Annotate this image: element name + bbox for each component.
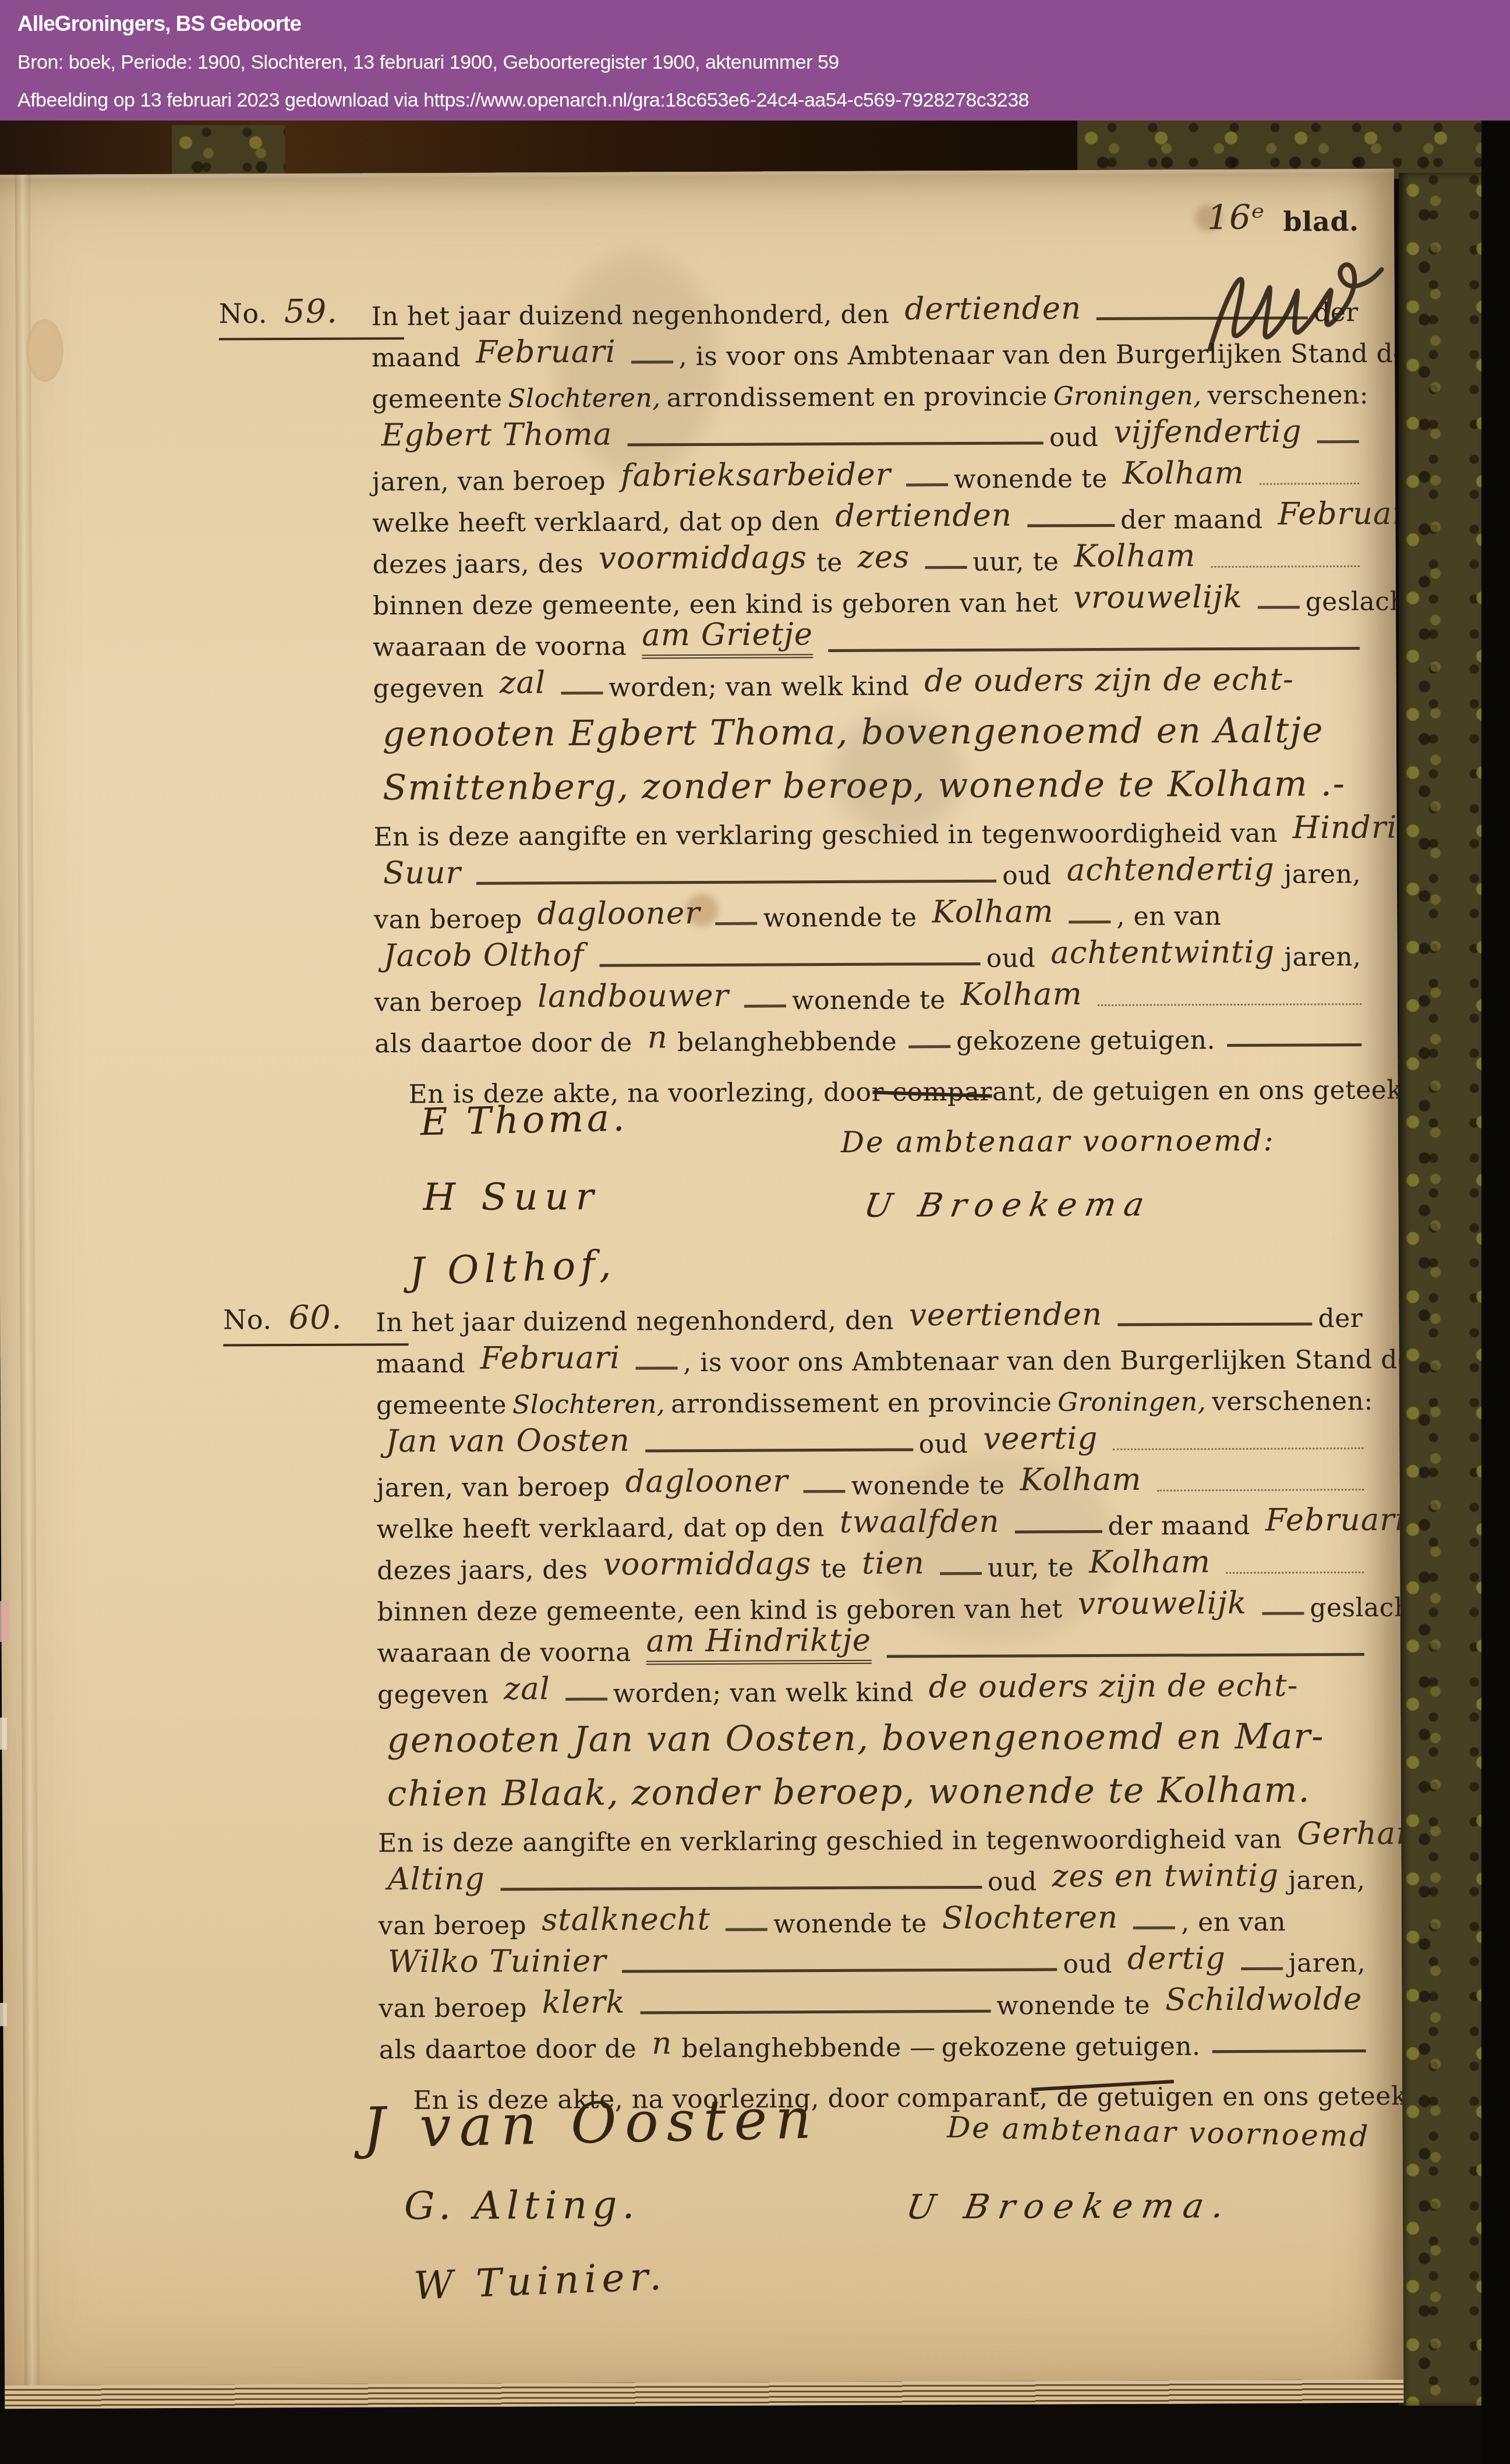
handwritten-entry: Gerhard [1297,1816,1403,1852]
handwritten-entry: zes [857,539,910,575]
printed-text: wonende te [792,985,946,1015]
handwritten-entry: daglooner [537,895,700,932]
handwritten-entry: Wilko Tuinier [388,1943,607,1980]
marbled-cover-right-strip [1399,173,1481,2406]
document-line: En is deze aangifte en verklaring geschi… [373,809,1366,854]
handwritten-entry: Jan van Oosten [386,1423,630,1460]
blank-line-rule [726,1928,768,1931]
screenshot-root: AlleGroningers, BS Geboorte Bron: boek, … [0,0,1510,2464]
document-line: gemeenteSlochteren,arrondissement en pro… [372,371,1364,416]
printed-text: der maand [1108,1511,1250,1541]
document-line: chien Blaak, zonder beroep, wonende te K… [378,1761,1371,1819]
printed-text: verschenen: [1212,1386,1373,1417]
handwritten-entry: Kolham [960,976,1082,1012]
dark-background-right [1481,121,1510,2464]
official-signature: U Broekema [861,1186,1155,1225]
blank-line-rule [1027,524,1115,528]
printed-text: wonende te [851,1471,1005,1501]
blank-line-rule [622,1968,1058,1973]
document-line: genooten Jan van Oosten, bovengenoemd en… [377,1708,1370,1765]
handwritten-entry: voormiddags [599,540,807,576]
handwritten-entry: Februari [1278,496,1403,532]
handwritten-entry: Kolham [1123,455,1244,491]
handwritten-entry: vrouwelijk [1073,579,1243,615]
printed-text: der [1318,1304,1363,1333]
printed-text: verschenen: [1207,380,1368,410]
printed-text: worden; van welk kind [609,671,909,702]
signature-declarant: J van Oosten [362,2086,820,2161]
printed-text: belanghebbende — [681,2033,936,2063]
handwritten-entry: Egbert Thoma [381,417,612,454]
handwritten-entry: veertienden [909,1297,1102,1333]
printed-text: Slochteren, [508,383,661,413]
printed-text: , en van [1181,1907,1286,1938]
blank-line-rule [744,1004,786,1007]
document-line: gegevenzalworden; van welk kindde ouders… [377,1666,1370,1712]
printed-text: waaraan de voorna [373,632,627,663]
handwritten-entry: Kolham [1020,1462,1141,1498]
printed-text: der [1314,298,1359,327]
printed-text: dezes jaars, des [372,549,584,580]
blank-line-rule [828,647,1360,652]
printed-text: van beroep [379,1993,527,2023]
printed-text: arrondissement en provincie [671,1387,1052,1419]
printed-text: uur, te [988,1553,1074,1583]
blank-line-rule [1211,565,1359,568]
blank-line-rule [635,1366,677,1369]
document-line: In het jaar duizend negenhonderd, denvee… [376,1294,1368,1340]
bookmark-tab [0,2003,7,2026]
printed-text: gegeven [377,1680,489,1710]
printed-text: jaren, [1288,1865,1366,1896]
blank-line-rule [565,1698,607,1701]
handwritten-entry: am Hindriktje [646,1623,872,1665]
blank-line-rule [561,692,603,695]
printed-text: , en van [1116,901,1221,932]
handwritten-entry: Smittenberg, zonder beroep, wonende te K… [383,763,1346,808]
record-number: No. 60. [223,1298,408,1346]
blank-line-rule [1262,1612,1304,1615]
document-line: dezes jaars, desvoormiddagstezesuur, teK… [372,536,1365,582]
blank-line-rule [1015,1530,1102,1534]
printed-text: als daartoe door de [379,2034,637,2065]
blank-line-rule [716,922,758,925]
handwritten-entry: vrouwelijk [1077,1585,1247,1622]
blank-line-rule [1212,2049,1366,2053]
register-page: 16ᵉ blad. No. 59. In het jaar duizend ne… [0,169,1403,2409]
printed-text: te [816,548,843,578]
record-number: No. 59. [219,292,404,340]
page-number-block: 16ᵉ blad. [1198,199,1365,239]
document-line: binnen deze gemeente, een kind is gebore… [373,578,1366,623]
handwritten-entry: Slochteren [942,1900,1119,1936]
document-line: jaren, van beroepdagloonerwonende teKolh… [376,1460,1369,1505]
banner-source-line: Bron: boek, Periode: 1900, Slochteren, 1… [17,51,1510,74]
printed-text: welke heeft verklaard, dat op den [377,1513,825,1544]
blank-line-rule [1097,316,1308,320]
banner-download-url: Afbeelding op 13 februari 2023 gedownloa… [17,89,1510,112]
blank-line-rule [908,1045,950,1048]
document-line: van beroepstalknechtwonende teSlochteren… [379,1897,1371,1943]
printed-text: binnen deze gemeente, een kind is gebore… [377,1594,1062,1627]
blank-line-rule [476,880,996,885]
printed-text: oud [1002,861,1052,890]
official-signature: U Broekema. [903,2186,1236,2226]
record-number-value: 60. [288,1299,342,1337]
handwritten-entry: voormiddags [603,1546,811,1583]
printed-text: dezes jaars, des [377,1555,588,1586]
handwritten-entry: dertig [1127,1941,1226,1977]
printed-text: gemeente [376,1390,507,1420]
document-line: waaraan de voornaam Hindriktje [377,1625,1370,1670]
handwritten-entry: dertienden [904,291,1081,327]
paper-repair-spot [26,319,63,382]
blank-line-rule [1227,1043,1362,1047]
printed-text: gemeente [372,384,502,414]
blank-line-rule [1069,921,1111,923]
printed-text: Groningen, [1058,1387,1206,1417]
printed-text: geslacht, [1310,1593,1403,1623]
blad-number-handwritten: 16ᵉ [1207,197,1265,237]
birth-record-60: No. 60. In het jaar duizend negenhonderd… [376,1294,1372,2118]
handwritten-entry: stalknecht [542,1902,710,1938]
printed-text: welke heeft verklaard, dat op den [372,507,820,538]
blank-line-rule [925,566,967,569]
document-line: In het jaar duizend negenhonderd, dender… [372,288,1364,334]
printed-text: wonende te [996,1991,1150,2021]
handwritten-entry: Jacob Olthof [383,937,584,974]
printed-text: waaraan de voorna [377,1638,631,1669]
handwritten-entry: achtendertig [1066,852,1274,888]
record-number-label: No. [223,1304,272,1335]
record-text-body: In het jaar duizend negenhonderd, dender… [372,288,1368,1111]
printed-text: Slochteren, [512,1389,666,1419]
official-title-handwritten: De ambtenaar voornoemd [947,2111,1370,2154]
printed-text: , is voor ons Ambtenaar van den Burgerli… [679,339,1404,372]
handwritten-entry: zal [499,665,546,700]
printed-text: geslacht, [1306,587,1404,617]
record-text-body: In het jaar duizend negenhonderd, denvee… [376,1294,1372,2118]
handwritten-entry: daglooner [625,1463,788,1499]
printed-text: van beroep [374,987,523,1017]
blank-line-rule [1260,483,1359,485]
signature-witness-2: J Olthof, [408,1241,617,1294]
blank-line-rule [1317,440,1359,443]
document-line: genooten Egbert Thoma, bovengenoemd en A… [373,702,1366,759]
register-book-photo: 16ᵉ blad. No. 59. In het jaar duizend ne… [0,121,1510,2464]
blank-line-rule [804,1490,846,1493]
document-line: gegevenzalworden; van welk kindde ouders… [373,660,1366,706]
document-line: Altingoudzes en twintigjaren, [378,1856,1371,1902]
printed-text: maand [376,1349,465,1379]
handwritten-entry: veertig [983,1421,1098,1457]
handwritten-entry: Hindrik [1293,810,1404,846]
document-line: van beroeplandbouwerwonende teKolham [374,974,1367,1019]
document-line: dezes jaars, desvoormiddagstetienuur, te… [377,1542,1370,1588]
printed-text: jaren, [1284,942,1362,972]
handwritten-entry: Kolham [1089,1544,1211,1580]
page-stack-edges [5,2380,1403,2409]
blank-line-rule [627,441,1044,446]
document-line: Suuroudachtendertigjaren, [374,850,1367,895]
handwritten-entry: fabrieksarbeider [621,457,891,494]
handwritten-entry: zal [504,1671,550,1707]
blank-line-rule [1133,1926,1175,1929]
handwritten-entry: Kolham [932,894,1053,930]
printed-text: oud [1049,423,1099,452]
document-line: van beroepdagloonerwonende teKolham, en … [374,891,1367,937]
printed-text: wonende te [954,464,1108,494]
printed-text: oud [986,943,1035,973]
printed-text: gegeven [373,674,484,704]
document-line: gemeenteSlochteren,arrondissement en pro… [376,1377,1369,1422]
banner-title: AlleGroningers, BS Geboorte [17,12,1510,36]
blank-line-rule [1157,1489,1363,1492]
blank-line-rule [500,1886,982,1891]
handwritten-entry: vijfendertig [1113,413,1302,449]
blank-line-rule [1113,1447,1363,1450]
document-line: maandFebruari, is voor ons Ambtenaar van… [376,1336,1368,1381]
blank-line-rule [1241,1967,1283,1970]
printed-text: van beroep [379,1910,527,1941]
blank-line-rule [1098,1003,1362,1006]
handwritten-entry: n [648,1019,668,1055]
handwritten-entry: landbouwer [537,978,729,1014]
signature-block: J van Oosten G. Alting. W Tuinier. De am… [379,2093,1373,2371]
page-gutter-edge [15,175,40,2409]
document-line: welke heeft verklaard, dat op dendertien… [372,495,1365,540]
handwritten-entry: zes en twintig [1052,1858,1279,1895]
handwritten-entry: Kolham [1074,538,1196,574]
handwritten-entry: Februari [476,334,616,370]
bookmark-tab [0,1718,7,1750]
record-number-label: No. [219,298,268,329]
document-line: welke heeft verklaard, dat op dentwaalfd… [377,1501,1370,1546]
printed-text: jaren, van beroep [376,1472,610,1503]
handwritten-entry: Februari [480,1340,621,1376]
document-line: als daartoe door denbelanghebbendegekoze… [374,1015,1367,1061]
signature-witness-1: G. Alting. [404,2182,640,2228]
handwritten-entry: am Grietje [642,617,813,659]
handwritten-entry: Suur [383,855,461,891]
blank-line-rule [645,1448,913,1452]
printed-text: gekozene getuigen. [956,1025,1215,1056]
printed-text: , is voor ons Ambtenaar van den Burgerli… [683,1345,1403,1378]
blank-line-rule [1226,1571,1364,1574]
printed-text: van beroep [374,904,522,934]
printed-text: oud [919,1429,968,1459]
handwritten-entry: Februari [1265,1502,1404,1538]
printed-text: jaren, van beroep [372,466,606,497]
document-line: Wilko Tuinierouddertigjaren, [379,1939,1371,1984]
printed-text: En is deze aangifte en verklaring geschi… [378,1825,1282,1858]
blank-line-rule [599,962,981,967]
handwritten-entry: twaalfden [840,1504,1000,1540]
bookmark-tab [0,1601,9,1642]
handwritten-entry: genooten Jan van Oosten, bovengenoemd en… [387,1716,1324,1761]
printed-text: jaren, [1284,859,1362,890]
printed-text: belanghebbende [677,1027,897,1058]
signature-declarant: E Thoma. [420,1096,628,1144]
handwritten-entry: de ouders zijn de echt- [924,662,1294,699]
printed-text: oud [1063,1949,1112,1979]
document-line: van beroepklerkwonende teSchildwolde [379,1980,1371,2026]
official-title-handwritten: De ambtenaar voornoemd: [841,1124,1275,1159]
document-line: waaraan de voornaam Grietje [373,619,1366,664]
blank-line-rule [641,2010,991,2015]
printed-text: maand [372,343,461,373]
signature-witness-1: H Suur [423,1176,600,1219]
blank-line-rule [1258,606,1300,608]
printed-text: te [821,1554,847,1584]
handwritten-entry: klerk [542,1985,625,2021]
printed-text: En is deze aangifte en verklaring geschi… [373,819,1277,852]
handwritten-entry: de ouders zijn de echt- [929,1668,1299,1705]
printed-text: gekozene getuigen. [942,2031,1201,2062]
blank-line-rule [906,483,948,486]
printed-text: Groningen, [1053,381,1202,411]
printed-text: wonende te [773,1909,927,1939]
marbled-cover-patch [172,125,285,179]
document-line: binnen deze gemeente, een kind is gebore… [377,1584,1370,1629]
printed-text: als daartoe door de [374,1028,632,1058]
signature-witness-2: W Tuinier. [413,2254,667,2309]
document-line: En is deze aangifte en verklaring geschi… [378,1815,1371,1860]
document-line: als daartoe door denbelanghebbende —geko… [379,2022,1372,2067]
printed-text: uur, te [973,547,1059,577]
blank-line-rule [631,360,673,363]
blad-label-printed: blad. [1283,206,1359,238]
document-line: Jan van Oostenoudveertig [376,1418,1369,1464]
metadata-banner: AlleGroningers, BS Geboorte Bron: boek, … [0,0,1510,121]
document-line: jaren, van beroepfabrieksarbeiderwonende… [372,454,1365,499]
handwritten-entry: n [652,2026,672,2061]
birth-record-59: No. 59. In het jaar duizend negenhonderd… [372,288,1368,1111]
handwritten-entry: Alting [387,1861,485,1897]
handwritten-entry: genooten Egbert Thoma, bovengenoemd en A… [383,710,1324,755]
blank-line-rule [886,1653,1364,1658]
printed-text: In het jaar duizend negenhonderd, den [376,1306,894,1338]
blank-line-rule [940,1572,982,1575]
printed-text: binnen deze gemeente, een kind is gebore… [373,588,1058,621]
printed-text: arrondissement en provincie [667,381,1048,413]
document-line: Jacob Olthofoudachtentwintigjaren, [374,933,1367,978]
printed-text: worden; van welk kind [613,1677,914,1708]
blank-line-rule [1118,1322,1312,1326]
document-line: Egbert Thomaoudvijfendertig [372,412,1364,458]
printed-text: In het jaar duizend negenhonderd, den [372,300,890,332]
document-line: maandFebruari, is voor ons Ambtenaar van… [372,330,1364,375]
handwritten-entry: tien [862,1545,925,1581]
handwritten-entry: Schildwolde [1165,1981,1363,2017]
record-number-value: 59. [284,293,338,331]
document-line: Smittenberg, zonder beroep, wonende te K… [373,755,1366,813]
printed-text: jaren, [1289,1948,1366,1978]
handwritten-entry: chien Blaak, zonder beroep, wonende te K… [387,1769,1311,1814]
printed-text: der maand [1120,505,1263,535]
handwritten-entry: dertienden [835,498,1012,534]
printed-text: oud [988,1867,1037,1896]
handwritten-entry: achtentwintig [1051,934,1275,971]
printed-text: wonende te [763,902,917,933]
